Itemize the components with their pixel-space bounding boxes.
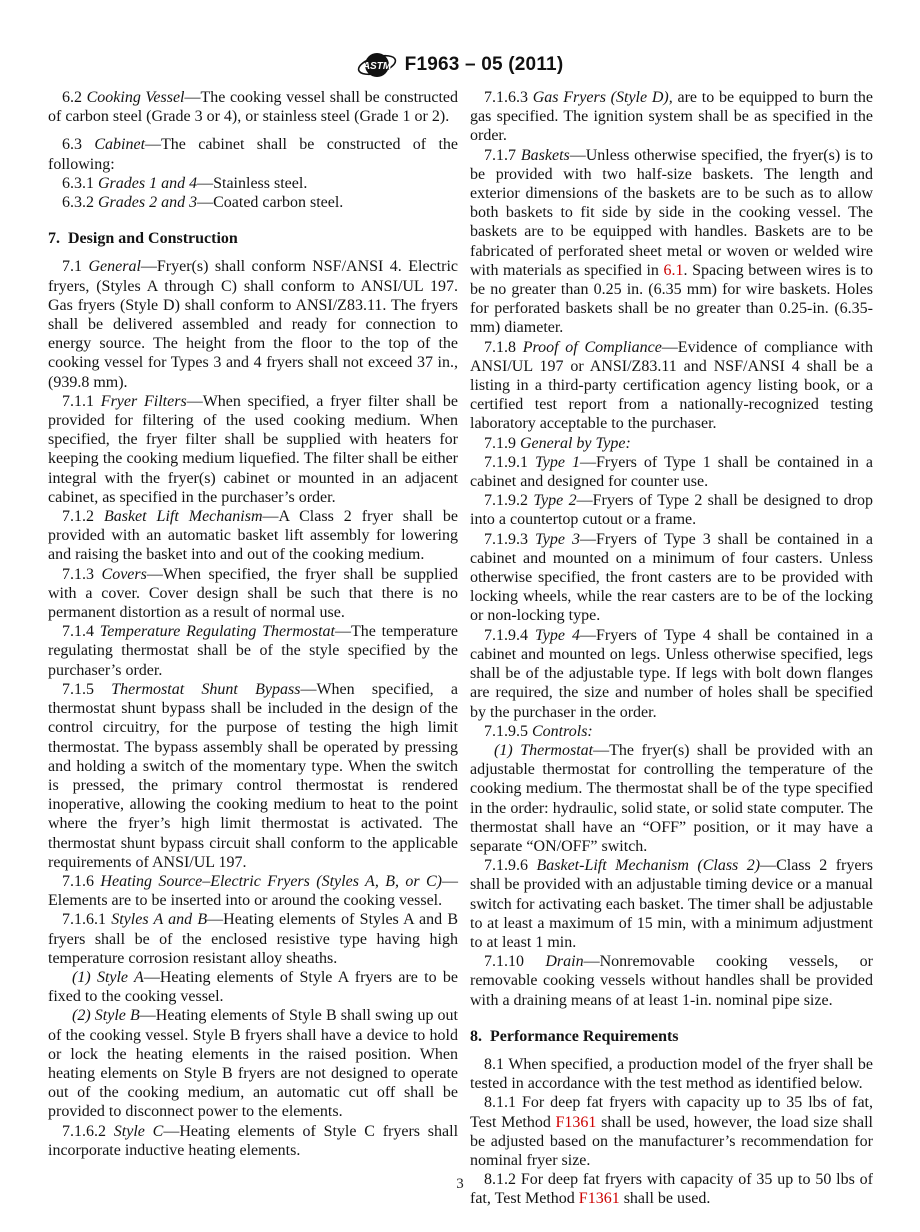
- body-text: 7.1.3: [62, 566, 102, 583]
- paragraph: 7.1.9.2 Type 2—Fryers of Type 2 shall be…: [470, 491, 873, 529]
- paragraph: 7.1.5 Thermostat Shunt Bypass—When speci…: [48, 680, 458, 872]
- body-text: 7.1.5: [62, 681, 111, 698]
- cross-reference-link[interactable]: 6.1: [664, 262, 684, 279]
- paragraph: 7.1.9.3 Type 3—Fryers of Type 3 shall be…: [470, 530, 873, 626]
- body-text: —Coated carbon steel.: [197, 194, 343, 211]
- body-text: 7.1.9: [484, 435, 520, 452]
- body-text: 7.1.8: [484, 339, 523, 356]
- term-label: (1) Style A: [72, 969, 144, 986]
- paragraph: 7.1.4 Temperature Regulating Thermostat—…: [48, 622, 458, 680]
- section-heading: 8. Performance Requirements: [470, 1027, 873, 1046]
- term-label: Temperature Regulating Thermostat: [100, 623, 335, 640]
- paragraph: 7.1.6.2 Style C—Heating elements of Styl…: [48, 1122, 458, 1160]
- document-code: F1963 – 05 (2011): [405, 54, 564, 76]
- term-label: (2) Style B: [72, 1007, 140, 1024]
- paragraph: 7.1.2 Basket Lift Mechanism—A Class 2 fr…: [48, 507, 458, 565]
- body-text: 7.1.9.5: [484, 723, 532, 740]
- column-right: 7.1.6.3 Gas Fryers (Style D), are to be …: [470, 88, 873, 1209]
- body-text: 6.3: [62, 136, 94, 153]
- term-label: Baskets: [521, 147, 570, 164]
- term-label: Gas Fryers (Style D),: [533, 89, 673, 106]
- term-label: Covers: [102, 566, 147, 583]
- term-label: Grades 1 and 4: [98, 175, 197, 192]
- paragraph: 7.1.9.4 Type 4—Fryers of Type 4 shall be…: [470, 626, 873, 722]
- page-header: ASTM F1963 – 05 (2011): [0, 48, 920, 82]
- term-label: Grades 2 and 3: [98, 194, 197, 211]
- body-text: 7.1.10: [484, 953, 545, 970]
- body-text: —When specified, a thermostat shunt bypa…: [48, 681, 458, 871]
- body-text: 8.1 When specified, a production model o…: [470, 1056, 873, 1092]
- svg-text:ASTM: ASTM: [361, 61, 391, 72]
- paragraph: 7.1.6.1 Styles A and B—Heating elements …: [48, 910, 458, 968]
- body-text: 7.1.4: [62, 623, 100, 640]
- cross-reference-link[interactable]: F1361: [556, 1114, 597, 1131]
- term-label: Type 3: [535, 531, 580, 548]
- body-text: 7.1.2: [62, 508, 104, 525]
- paragraph: 6.3.2 Grades 2 and 3—Coated carbon steel…: [48, 193, 458, 212]
- paragraph: 7.1 General—Fryer(s) shall conform NSF/A…: [48, 257, 458, 391]
- term-label: Type 2: [533, 492, 576, 509]
- section-heading: 7. Design and Construction: [48, 229, 458, 248]
- body-text: 7.1.6: [62, 873, 100, 890]
- paragraph: 6.2 Cooking Vessel—The cooking vessel sh…: [48, 88, 458, 126]
- body-text: 7.1.9.4: [484, 627, 535, 644]
- body-text: 7.1.1: [62, 393, 101, 410]
- document-page: { "header": { "logo_icon": "astm-globe-l…: [0, 0, 920, 1232]
- paragraph: 8.1 When specified, a production model o…: [470, 1055, 873, 1093]
- paragraph: 7.1.8 Proof of Compliance—Evidence of co…: [470, 338, 873, 434]
- paragraph: 7.1.3 Covers—When specified, the fryer s…: [48, 565, 458, 623]
- body-text: 7.1: [62, 258, 88, 275]
- body-text: —Stainless steel.: [197, 175, 307, 192]
- body-text: 7. Design and Construction: [48, 230, 238, 247]
- body-text: —Unless otherwise specified, the fryer(s…: [470, 147, 873, 279]
- paragraph: 7.1.6.3 Gas Fryers (Style D), are to be …: [470, 88, 873, 146]
- body-text: 6.2: [62, 89, 87, 106]
- term-label: General by Type:: [520, 435, 631, 452]
- body-text: 6.3.2: [62, 194, 98, 211]
- page-number: 3: [456, 1176, 464, 1192]
- term-label: Type 4: [535, 627, 580, 644]
- term-label: (1) Thermostat: [494, 742, 593, 759]
- term-label: General: [88, 258, 140, 275]
- body-text: 6.3.1: [62, 175, 98, 192]
- paragraph: (2) Style B—Heating elements of Style B …: [48, 1006, 458, 1121]
- page-footer: 3: [0, 1176, 920, 1193]
- term-label: Styles A and B: [111, 911, 207, 928]
- term-label: Heating Source–Electric Fryers (Styles A…: [100, 873, 442, 890]
- paragraph: 7.1.7 Baskets—Unless otherwise specified…: [470, 146, 873, 338]
- term-label: Type 1: [535, 454, 580, 471]
- paragraph: 7.1.6 Heating Source–Electric Fryers (St…: [48, 872, 458, 910]
- term-label: Fryer Filters: [101, 393, 187, 410]
- term-label: Proof of Compliance: [523, 339, 662, 356]
- body-text: 7.1.9.3: [484, 531, 535, 548]
- paragraph: 7.1.9.5 Controls:: [470, 722, 873, 741]
- term-label: Basket-Lift Mechanism (Class 2): [536, 857, 760, 874]
- astm-logo-icon: ASTM: [357, 48, 397, 82]
- paragraph: 7.1.9 General by Type:: [470, 434, 873, 453]
- body-text: 7.1.6.3: [484, 89, 533, 106]
- body-text: 7.1.9.2: [484, 492, 533, 509]
- paragraph: 7.1.10 Drain—Nonremovable cooking vessel…: [470, 952, 873, 1010]
- term-label: Thermostat Shunt Bypass: [111, 681, 300, 698]
- body-text: 7.1.9.1: [484, 454, 535, 471]
- paragraph: (1) Thermostat—The fryer(s) shall be pro…: [470, 741, 873, 856]
- paragraph: 7.1.9.1 Type 1—Fryers of Type 1 shall be…: [470, 453, 873, 491]
- paragraph: 6.3.1 Grades 1 and 4—Stainless steel.: [48, 174, 458, 193]
- paragraph: 7.1.9.6 Basket-Lift Mechanism (Class 2)—…: [470, 856, 873, 952]
- body-text: 7.1.9.6: [484, 857, 536, 874]
- body-text: 7.1.6.1: [62, 911, 111, 928]
- term-label: Basket Lift Mechanism: [104, 508, 263, 525]
- term-label: Drain: [545, 953, 583, 970]
- paragraph: (1) Style A—Heating elements of Style A …: [48, 968, 458, 1006]
- paragraph: 7.1.1 Fryer Filters—When specified, a fr…: [48, 392, 458, 507]
- column-left: 6.2 Cooking Vessel—The cooking vessel sh…: [48, 88, 458, 1160]
- body-text: —Fryer(s) shall conform NSF/ANSI 4. Elec…: [48, 258, 458, 390]
- term-label: Cooking Vessel: [87, 89, 185, 106]
- body-text: 7.1.6.2: [62, 1123, 114, 1140]
- body-text: 7.1.7: [484, 147, 521, 164]
- term-label: Controls:: [532, 723, 593, 740]
- body-text: 8. Performance Requirements: [470, 1028, 679, 1045]
- paragraph: 8.1.1 For deep fat fryers with capacity …: [470, 1093, 873, 1170]
- paragraph: 6.3 Cabinet—The cabinet shall be constru…: [48, 135, 458, 173]
- term-label: Style C: [114, 1123, 164, 1140]
- term-label: Cabinet: [94, 136, 145, 153]
